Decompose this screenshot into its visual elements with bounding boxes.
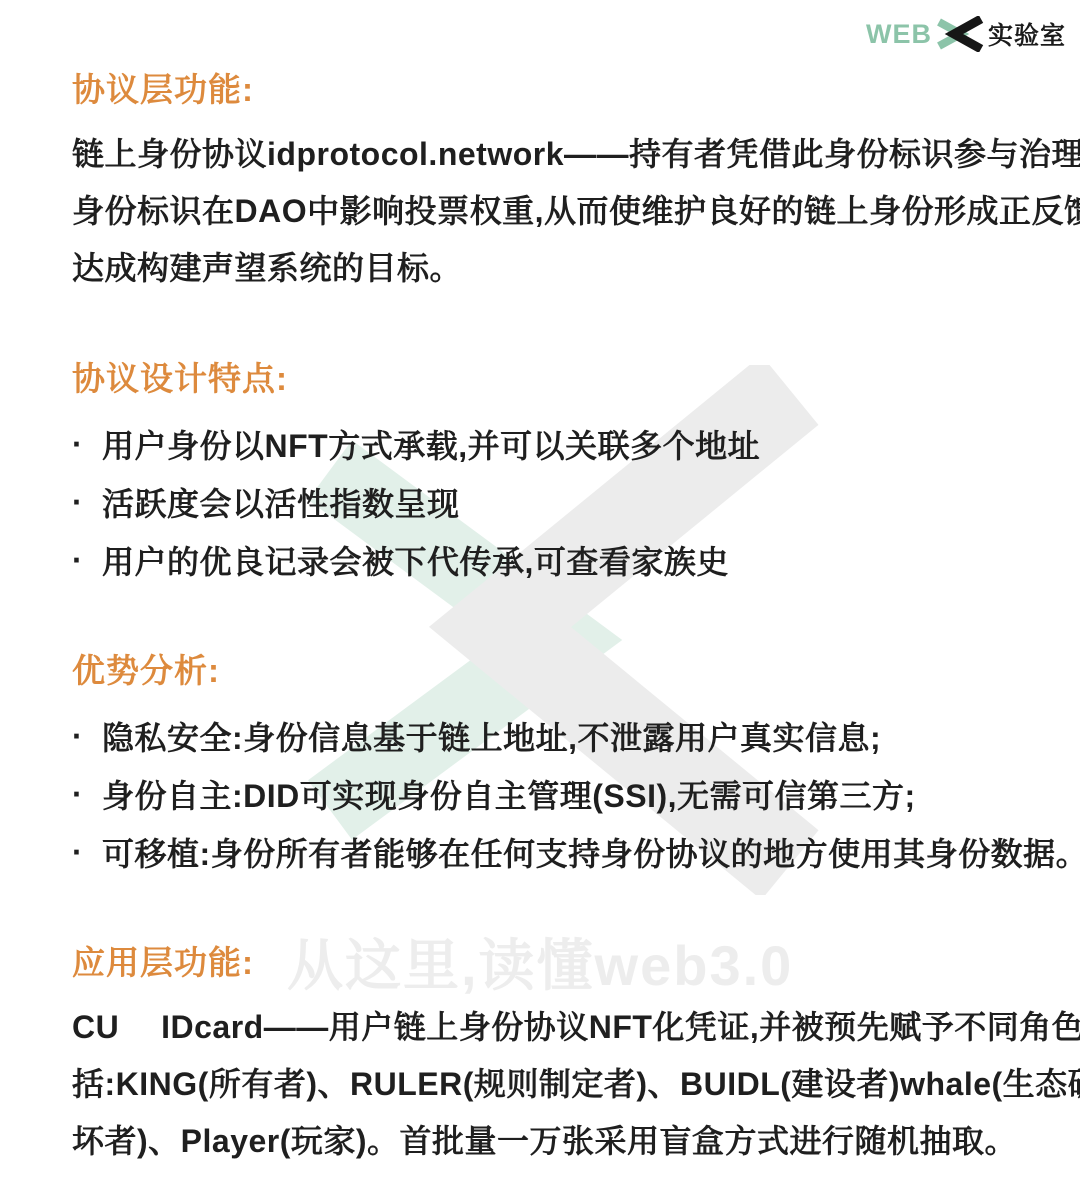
section-application-layer: 应用层功能: CU IDcard——用户链上身份协议NFT化凭证,并被预先赋予不… <box>72 943 1020 1170</box>
bullet-text: 用户身份以NFT方式承载,并可以关联多个地址 <box>102 421 760 467</box>
bullet-text: 活跃度会以活性指数呈现 <box>102 479 460 525</box>
bullet-text: 身份自主:DID可实现身份自主管理(SSI),无需可信第三方; <box>102 771 916 817</box>
brand-lab-text: 实验室 <box>988 16 1066 52</box>
bullet-text: 用户的优良记录会被下代传承,可查看家族史 <box>102 537 729 583</box>
section-heading: 协议设计特点: <box>72 359 1020 399</box>
brand-logo: WEB 实验室 <box>866 16 1066 52</box>
bullet-item: · 活跃度会以活性指数呈现 <box>72 473 1020 531</box>
bullet-dot: · <box>72 718 102 755</box>
paragraph-line: CU IDcard——用户链上身份协议NFT化凭证,并被预先赋予不同角色,包 <box>72 999 1020 1056</box>
section-protocol-layer: 协议层功能: 链上身份协议idprotocol.network——持有者凭借此身… <box>72 70 1020 297</box>
paragraph-line: 括:KING(所有者)、RULER(规则制定者)、BUIDL(建设者)whale… <box>72 1056 1020 1113</box>
double-chevron-x-icon <box>936 16 984 52</box>
bullet-item: · 身份自主:DID可实现身份自主管理(SSI),无需可信第三方; <box>72 765 1020 823</box>
brand-web-text: WEB <box>866 19 932 50</box>
bullet-item: · 用户身份以NFT方式承载,并可以关联多个地址 <box>72 415 1020 473</box>
paragraph-line: 坏者)、Player(玩家)。首批量一万张采用盲盒方式进行随机抽取。 <box>72 1113 1020 1170</box>
paragraph-line: 达成构建声望系统的目标。 <box>72 240 1020 297</box>
document-page: 从这里,读懂web3.0 WEB 实验室 协议层功能: 链上身份协议idprot… <box>0 0 1080 1185</box>
section-heading: 协议层功能: <box>72 70 1020 110</box>
bullet-item: · 隐私安全:身份信息基于链上地址,不泄露用户真实信息; <box>72 707 1020 765</box>
bullet-item: · 可移植:身份所有者能够在任何支持身份协议的地方使用其身份数据。 <box>72 823 1020 881</box>
bullet-dot: · <box>72 426 102 463</box>
bullet-text: 可移植:身份所有者能够在任何支持身份协议的地方使用其身份数据。 <box>102 829 1080 875</box>
bullet-dot: · <box>72 542 102 579</box>
bullet-dot: · <box>72 776 102 813</box>
section-heading: 应用层功能: <box>72 943 1020 983</box>
section-design-features: 协议设计特点: · 用户身份以NFT方式承载,并可以关联多个地址 · 活跃度会以… <box>72 359 1020 589</box>
paragraph-line: 身份标识在DAO中影响投票权重,从而使维护良好的链上身份形成正反馈, <box>72 183 1020 240</box>
bullet-dot: · <box>72 484 102 521</box>
article-content: 协议层功能: 链上身份协议idprotocol.network——持有者凭借此身… <box>72 70 1020 1170</box>
bullet-item: · 用户的优良记录会被下代传承,可查看家族史 <box>72 531 1020 589</box>
paragraph-line: 链上身份协议idprotocol.network——持有者凭借此身份标识参与治理… <box>72 126 1020 183</box>
bullet-dot: · <box>72 834 102 871</box>
section-heading: 优势分析: <box>72 651 1020 691</box>
bullet-text: 隐私安全:身份信息基于链上地址,不泄露用户真实信息; <box>102 713 881 759</box>
section-advantages: 优势分析: · 隐私安全:身份信息基于链上地址,不泄露用户真实信息; · 身份自… <box>72 651 1020 881</box>
